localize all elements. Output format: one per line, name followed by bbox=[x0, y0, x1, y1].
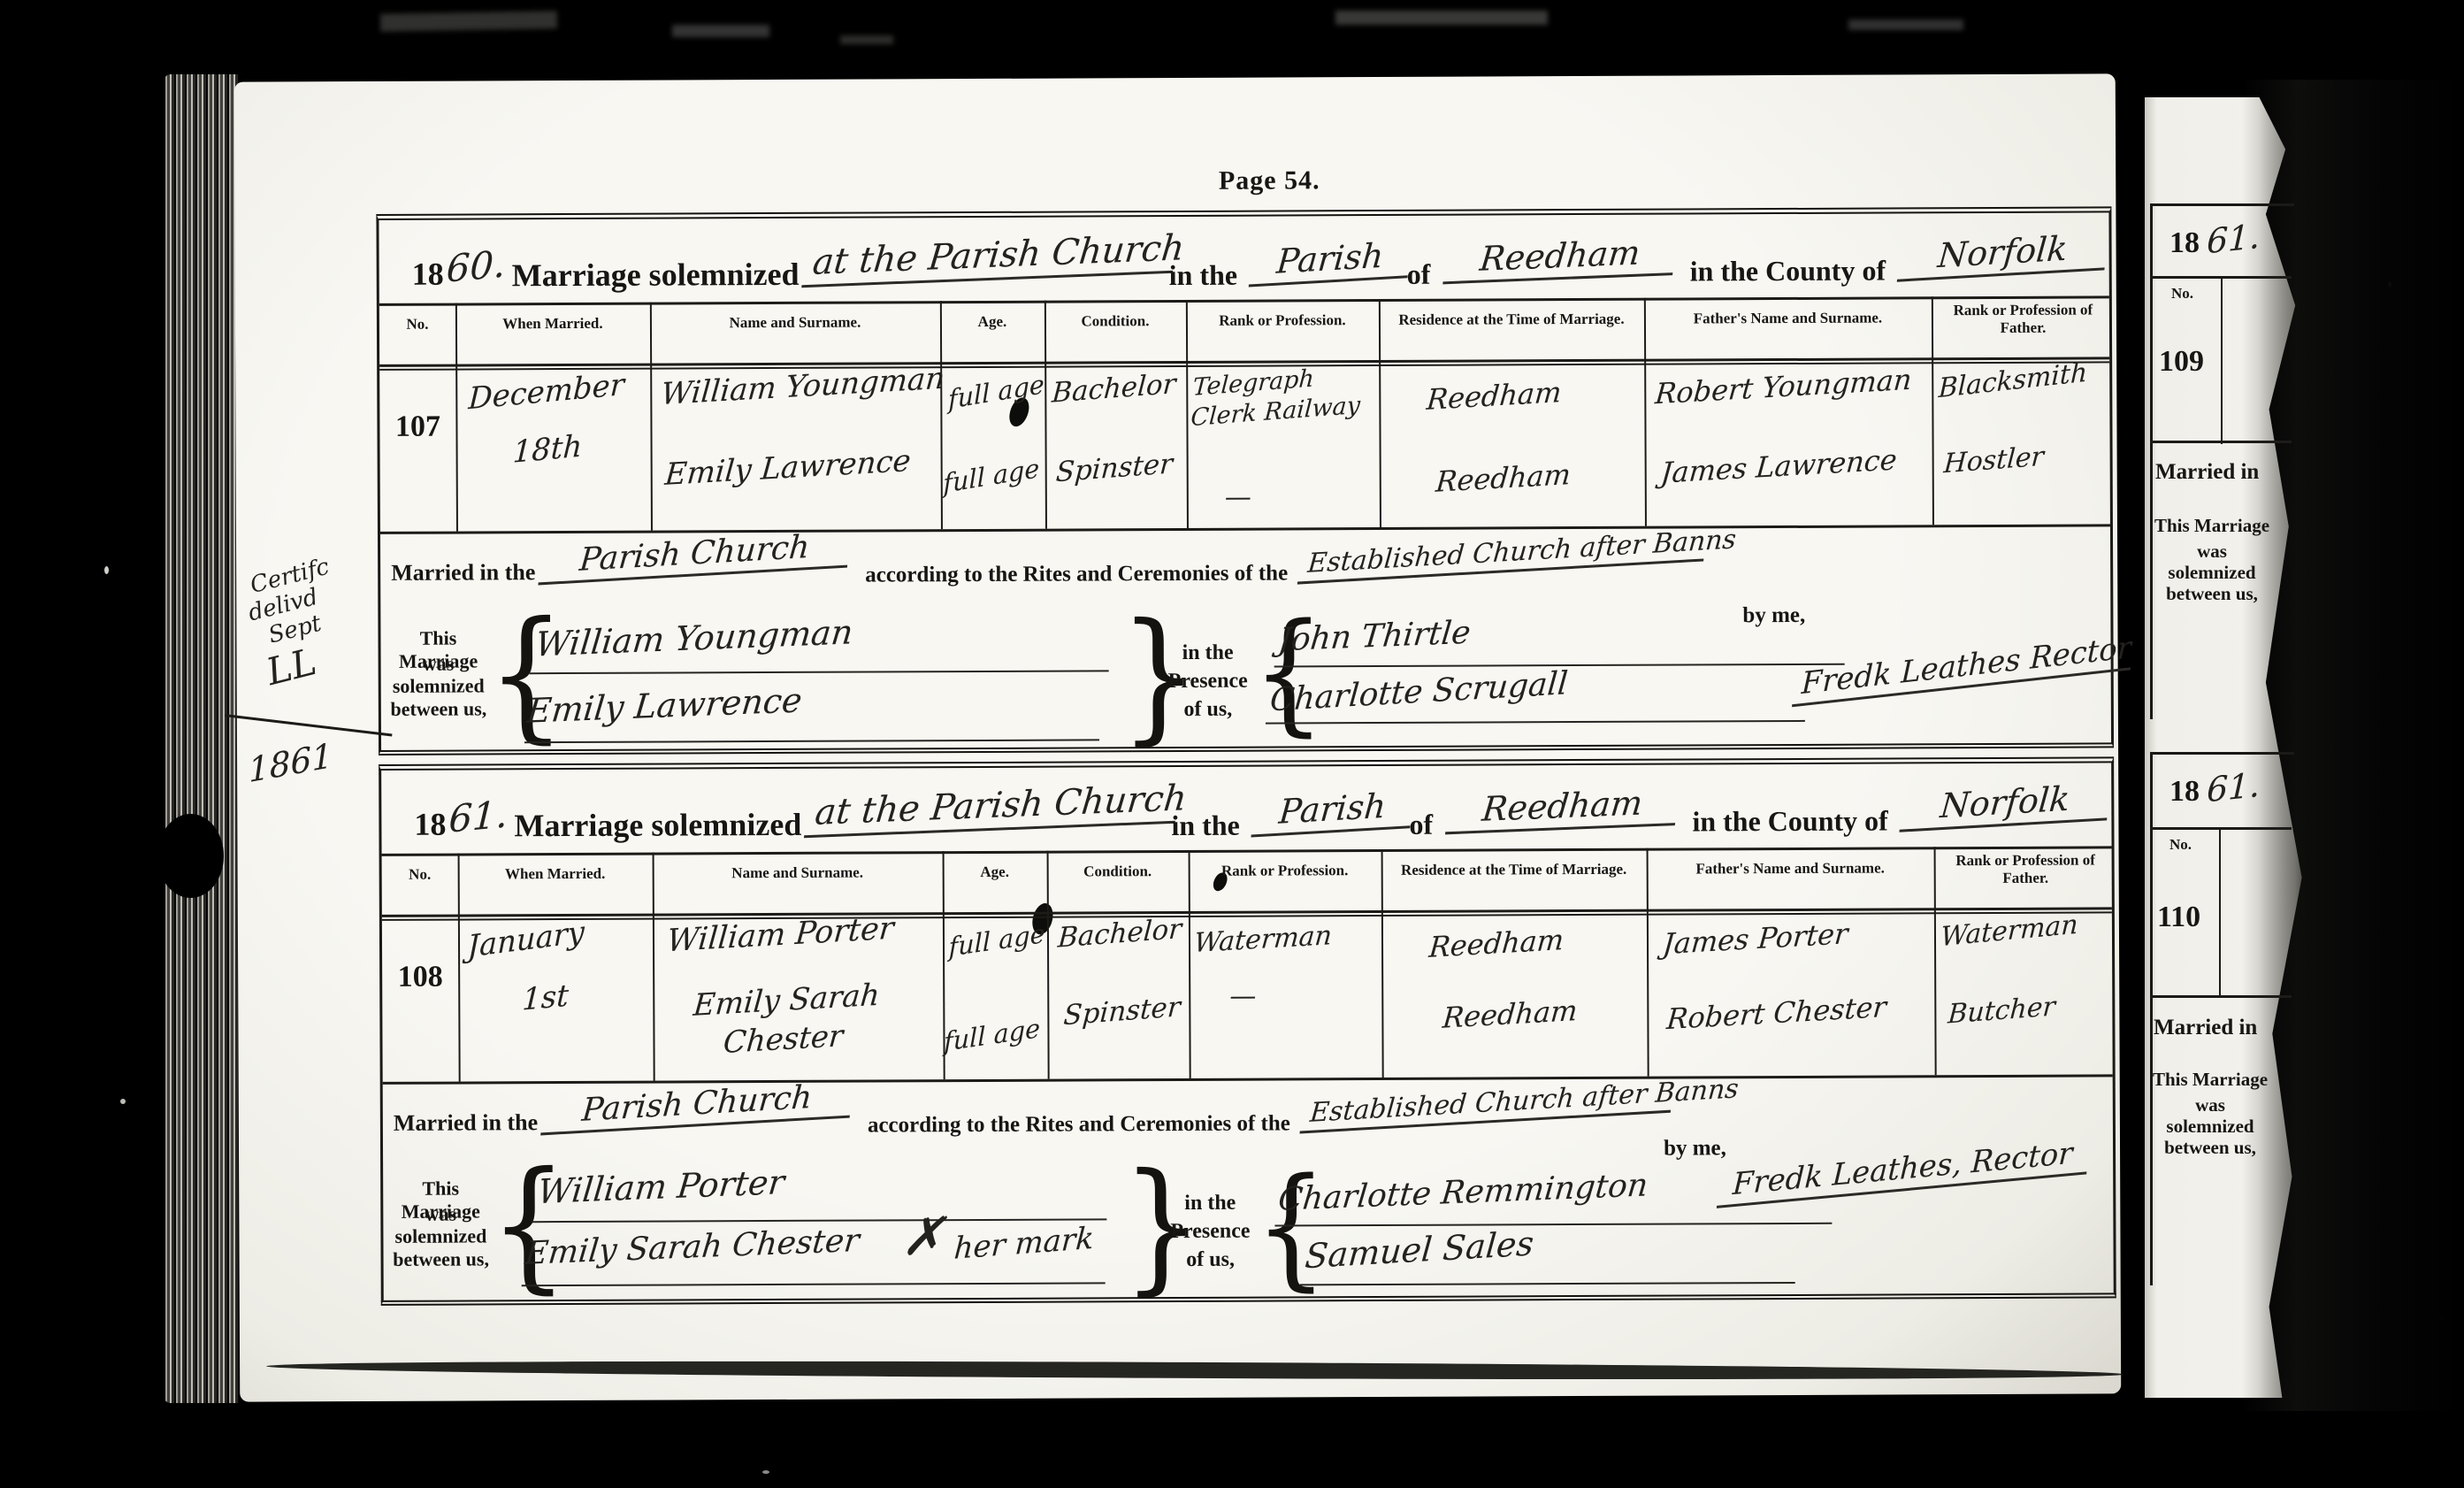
heading-year-prefix: 18 bbox=[412, 256, 444, 293]
cell-groom-father: Robert Youngman bbox=[1654, 363, 1913, 411]
groom-signature: William Youngman bbox=[533, 612, 854, 663]
cell-bride-father: James Lawrence bbox=[1659, 442, 1898, 489]
signature-line bbox=[1300, 1282, 1795, 1285]
heading-year-digits: 61. bbox=[448, 792, 509, 841]
heading-year-prefix: 18 bbox=[414, 806, 446, 843]
film-noise bbox=[1335, 11, 1548, 25]
page-number: Page 54. bbox=[1172, 165, 1366, 196]
signature-line bbox=[530, 670, 1109, 674]
cell-bride-residence: Reedham bbox=[1409, 456, 1597, 500]
cell-bride-age: full age bbox=[943, 453, 1040, 499]
married-in-label: Married in the bbox=[391, 559, 535, 587]
this-marriage-label: was bbox=[383, 1202, 498, 1226]
column-header-no: No. bbox=[382, 866, 458, 885]
cell-bride-condition: Spinster bbox=[1055, 448, 1175, 488]
heading-place-entry: at the Parish Church bbox=[804, 779, 1180, 839]
married-in-entry: Parish Church bbox=[540, 1077, 853, 1135]
cell-when-day: 18th bbox=[512, 428, 583, 471]
witness-signature: John Thirtle bbox=[1277, 615, 1473, 659]
cell-when-month: December bbox=[468, 367, 625, 418]
cell-groom-condition: Bachelor bbox=[1057, 913, 1182, 955]
column-header-when-married: When Married. bbox=[455, 315, 650, 334]
side-column-line bbox=[2221, 276, 2223, 444]
film-noise bbox=[672, 25, 769, 37]
side-year-prefix: 18 bbox=[2169, 226, 2200, 260]
heading-of-label: of bbox=[1407, 258, 1431, 291]
table-rule bbox=[380, 524, 2110, 534]
cell-bride-residence: Reedham bbox=[1416, 992, 1604, 1036]
register-page-left: Page 54. Certifc delivd Sept LL 1861 18 … bbox=[234, 73, 2121, 1401]
rites-label: according to the Rites and Ceremonies of… bbox=[865, 561, 1288, 587]
signature-line bbox=[524, 739, 1099, 743]
signature-line bbox=[532, 1218, 1106, 1223]
cell-groom-residence: Reedham bbox=[1400, 373, 1588, 418]
film-noise bbox=[840, 35, 893, 44]
microfilm-scan: Page 54. Certifc delivd Sept LL 1861 18 … bbox=[0, 0, 2464, 1488]
side-column-line bbox=[2219, 827, 2221, 995]
cell-bride-father-profession: Butcher bbox=[1947, 991, 2056, 1030]
column-line bbox=[1381, 849, 1384, 1078]
side-column-header-no: No. bbox=[2171, 285, 2193, 303]
column-header-condition: Condition. bbox=[1047, 863, 1189, 881]
cell-groom-condition: Bachelor bbox=[1051, 368, 1176, 410]
table-rule bbox=[382, 846, 2112, 856]
presence-label: of us, bbox=[1162, 1248, 1259, 1272]
heading-of-label: of bbox=[1409, 809, 1433, 841]
film-speck bbox=[762, 1470, 769, 1474]
cell-bride-age: full age bbox=[944, 1013, 1040, 1057]
heading-solemnized-label: Marriage solemnized bbox=[512, 256, 800, 294]
column-line bbox=[1189, 850, 1191, 1078]
heading-parish-entry: Parish bbox=[1249, 234, 1412, 288]
cell-groom-profession: Telegraph Clerk Railway bbox=[1190, 360, 1370, 433]
cell-groom-father: James Porter bbox=[1662, 917, 1850, 961]
film-noise bbox=[380, 11, 557, 31]
presence-label: Presence bbox=[1159, 670, 1257, 694]
column-header-age: Age. bbox=[940, 313, 1045, 332]
column-line bbox=[653, 853, 655, 1081]
column-header-when-married: When Married. bbox=[458, 865, 653, 884]
cell-bride-name: Emily Lawrence bbox=[663, 443, 912, 493]
cell-groom-age: full age bbox=[948, 369, 1045, 415]
margin-note: Certifc delivd Sept LL bbox=[231, 545, 390, 697]
by-me-label: by me, bbox=[1742, 603, 1805, 628]
margin-note-initials: LL bbox=[262, 640, 320, 694]
column-header-residence: Residence at the Time of Marriage. bbox=[1379, 311, 1644, 330]
column-line bbox=[1045, 301, 1047, 529]
cell-when-day: 1st bbox=[521, 978, 569, 1018]
witness-signature: Charlotte Remmington bbox=[1276, 1167, 1649, 1218]
column-line bbox=[1186, 300, 1189, 528]
presence-label: Presence bbox=[1161, 1220, 1259, 1244]
by-me-label: by me, bbox=[1664, 1136, 1726, 1161]
column-line bbox=[1644, 298, 1647, 526]
presence-label: of us, bbox=[1159, 698, 1257, 722]
cell-groom-residence: Reedham bbox=[1403, 921, 1591, 965]
page-bottom-edge bbox=[266, 1358, 2123, 1382]
rites-entry: Established Church after Banns bbox=[1299, 1077, 1673, 1133]
cell-groom-father-profession: Waterman bbox=[1940, 909, 2078, 954]
signature-line bbox=[1274, 1223, 1832, 1227]
cell-groom-father-profession: Blacksmith bbox=[1938, 357, 2087, 404]
presence-label: in the bbox=[1159, 641, 1257, 665]
groom-signature: William Porter bbox=[536, 1162, 786, 1211]
this-marriage-label: between us, bbox=[384, 1247, 499, 1271]
heading-parish-name-entry: Reedham bbox=[1445, 782, 1680, 834]
table-rule bbox=[383, 1074, 2113, 1085]
heading-place-entry: at the Parish Church bbox=[801, 228, 1177, 288]
bride-signature: Emily Lawrence bbox=[525, 680, 804, 730]
side-entry-number: 110 bbox=[2157, 901, 2200, 934]
heading-county-label: in the County of bbox=[1690, 255, 1886, 288]
side-year-prefix: 18 bbox=[2169, 775, 2200, 809]
marriage-record-1861: 18 61. Marriage solemnized at the Parish… bbox=[379, 756, 2116, 1306]
column-line bbox=[940, 301, 943, 529]
cell-when-month: January bbox=[467, 915, 585, 965]
column-header-condition: Condition. bbox=[1045, 312, 1186, 331]
this-marriage-label: solemnized bbox=[381, 674, 496, 698]
heading-in-the-label: in the bbox=[1171, 809, 1240, 842]
cell-bride-profession: — bbox=[1229, 981, 1256, 1012]
this-marriage-label: was bbox=[381, 652, 496, 676]
cell-bride-father: Robert Chester bbox=[1665, 990, 1887, 1036]
married-in-entry: Parish Church bbox=[538, 526, 850, 585]
side-entry-number: 109 bbox=[2159, 345, 2204, 379]
heading-parish-entry: Parish bbox=[1251, 785, 1413, 838]
book-binding-edge bbox=[164, 74, 239, 1403]
column-header-father-name: Father's Name and Surname. bbox=[1644, 309, 1932, 328]
register-page-right: 18 61. No. 109 Married in This Marriage … bbox=[2118, 80, 2464, 1411]
column-line bbox=[1379, 299, 1381, 527]
film-noise bbox=[1848, 19, 1963, 30]
officiant-signature: Fredk Leathes Rector bbox=[1792, 630, 2131, 707]
heading-year-digits: 60. bbox=[446, 242, 507, 291]
film-speck bbox=[120, 1099, 126, 1104]
heading-county-name-entry: Norfolk bbox=[1899, 777, 2110, 832]
entry-number: 108 bbox=[382, 961, 458, 994]
bride-mark-text: her mark bbox=[953, 1221, 1095, 1267]
this-marriage-label: between us, bbox=[381, 697, 496, 721]
heading-county-label: in the County of bbox=[1692, 804, 1888, 838]
signature-line bbox=[1266, 720, 1805, 725]
heading-solemnized-label: Marriage solemnized bbox=[514, 806, 801, 844]
column-header-rank-profession: Rank or Profession. bbox=[1186, 311, 1379, 330]
column-header-rank-profession: Rank or Profession. bbox=[1189, 862, 1381, 880]
cell-bride-name: Emily Sarah Chester bbox=[676, 975, 894, 1066]
film-speck bbox=[104, 566, 109, 574]
column-line bbox=[1047, 851, 1050, 1079]
cell-bride-profession: — bbox=[1225, 482, 1251, 513]
column-header-no: No. bbox=[379, 316, 455, 334]
side-column-header-no: No. bbox=[2169, 836, 2192, 854]
table-rule bbox=[379, 295, 2109, 306]
bride-mark-cross: ✗ bbox=[900, 1206, 945, 1268]
column-header-father-rank: Rank or Profession of Father. bbox=[1934, 851, 2117, 888]
margin-year-note: 1861 bbox=[248, 736, 333, 791]
column-header-name-surname: Name and Surname. bbox=[650, 313, 940, 333]
margin-divider-line bbox=[225, 714, 392, 736]
column-header-father-name: Father's Name and Surname. bbox=[1647, 859, 1934, 878]
entry-number: 107 bbox=[379, 410, 455, 444]
marriage-record-1860: 18 60. Marriage solemnized at the Parish… bbox=[376, 206, 2114, 756]
column-header-name-surname: Name and Surname. bbox=[653, 863, 943, 883]
bride-signature: Emily Sarah Chester bbox=[524, 1223, 861, 1272]
cell-groom-profession: Waterman bbox=[1193, 920, 1334, 959]
cell-bride-father-profession: Hostler bbox=[1943, 441, 2045, 480]
signature-line bbox=[522, 1282, 1106, 1286]
heading-parish-name-entry: Reedham bbox=[1442, 232, 1677, 284]
column-line bbox=[1647, 848, 1649, 1077]
officiant-signature: Fredk Leathes, Rector bbox=[1717, 1134, 2088, 1208]
column-header-residence: Residence at the Time of Marriage. bbox=[1381, 861, 1647, 880]
heading-in-the-label: in the bbox=[1169, 259, 1238, 292]
column-header-age: Age. bbox=[943, 863, 1047, 882]
presence-label: in the bbox=[1161, 1192, 1259, 1216]
witness-signature: Samuel Sales bbox=[1304, 1223, 1535, 1276]
heading-county-name-entry: Norfolk bbox=[1897, 226, 2108, 282]
this-marriage-label: solemnized bbox=[383, 1224, 498, 1248]
married-in-label: Married in the bbox=[394, 1109, 538, 1137]
column-header-father-rank: Rank or Profession of Father. bbox=[1932, 301, 2115, 338]
scan-shadow bbox=[2242, 80, 2464, 1411]
rites-entry: Established Church after Banns bbox=[1297, 525, 1707, 584]
cell-groom-age: full age bbox=[948, 918, 1045, 963]
cell-bride-condition: Spinster bbox=[1062, 991, 1182, 1032]
binding-blot bbox=[157, 814, 224, 898]
rites-label: according to the Rites and Ceremonies of… bbox=[868, 1111, 1290, 1138]
column-line bbox=[650, 303, 653, 531]
